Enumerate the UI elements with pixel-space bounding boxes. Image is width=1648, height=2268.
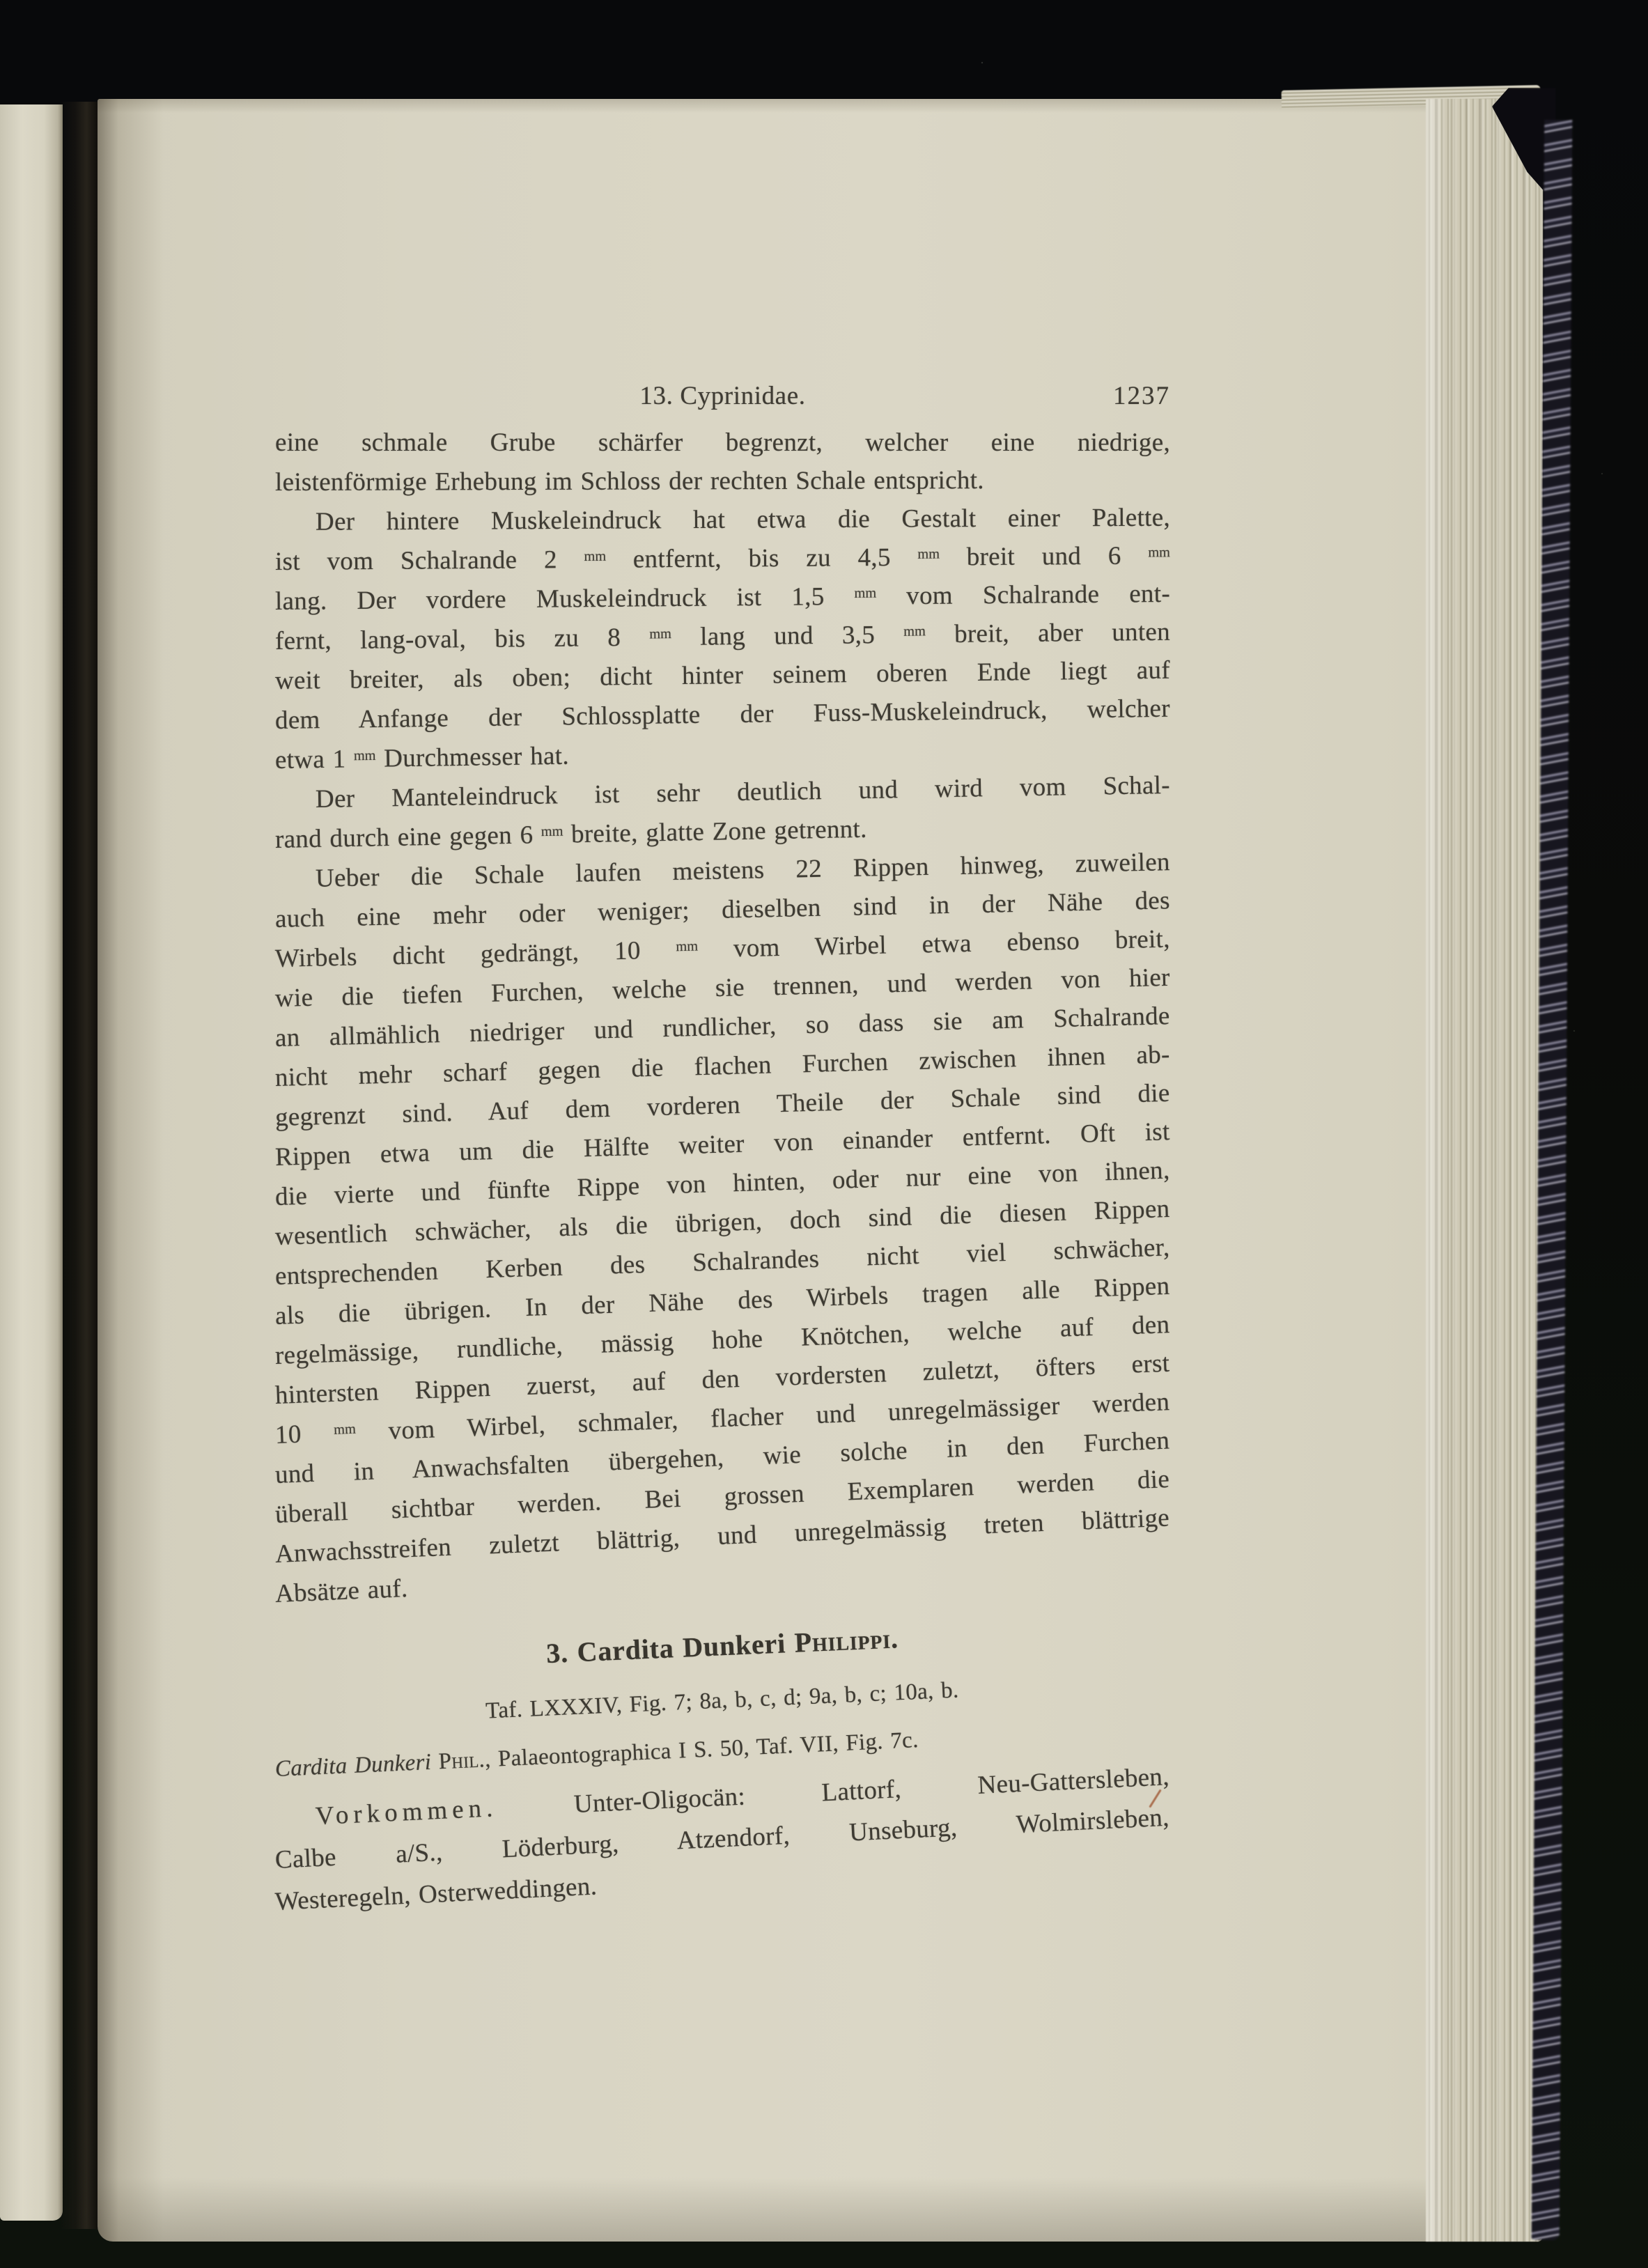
text-block: eine schmale Grube schärfer begrenzt, we… bbox=[275, 423, 1170, 1922]
photographed-book-scene: { "colors": { "paper": "#d8d4c3", "ink":… bbox=[0, 0, 1648, 2268]
book-page: 13. Cyprinidae. 1237 eine schmale Grube … bbox=[98, 99, 1543, 2242]
chapter-title: 13. Cyprinidae. bbox=[639, 382, 805, 410]
facing-page-edge bbox=[0, 104, 63, 2221]
text-line: eine schmale Grube schärfer begrenzt, we… bbox=[275, 423, 1170, 463]
page-number: 1237 bbox=[1113, 376, 1170, 416]
fore-edge-page-stack bbox=[1426, 99, 1543, 2242]
text-line: leistenförmige Erhebung im Schloss der r… bbox=[275, 460, 1170, 502]
gutter-shadow bbox=[60, 102, 99, 2229]
running-header: 13. Cyprinidae. 1237 bbox=[275, 376, 1170, 416]
text-line: Der hintere Muskeleindruck hat etwa die … bbox=[275, 498, 1170, 542]
